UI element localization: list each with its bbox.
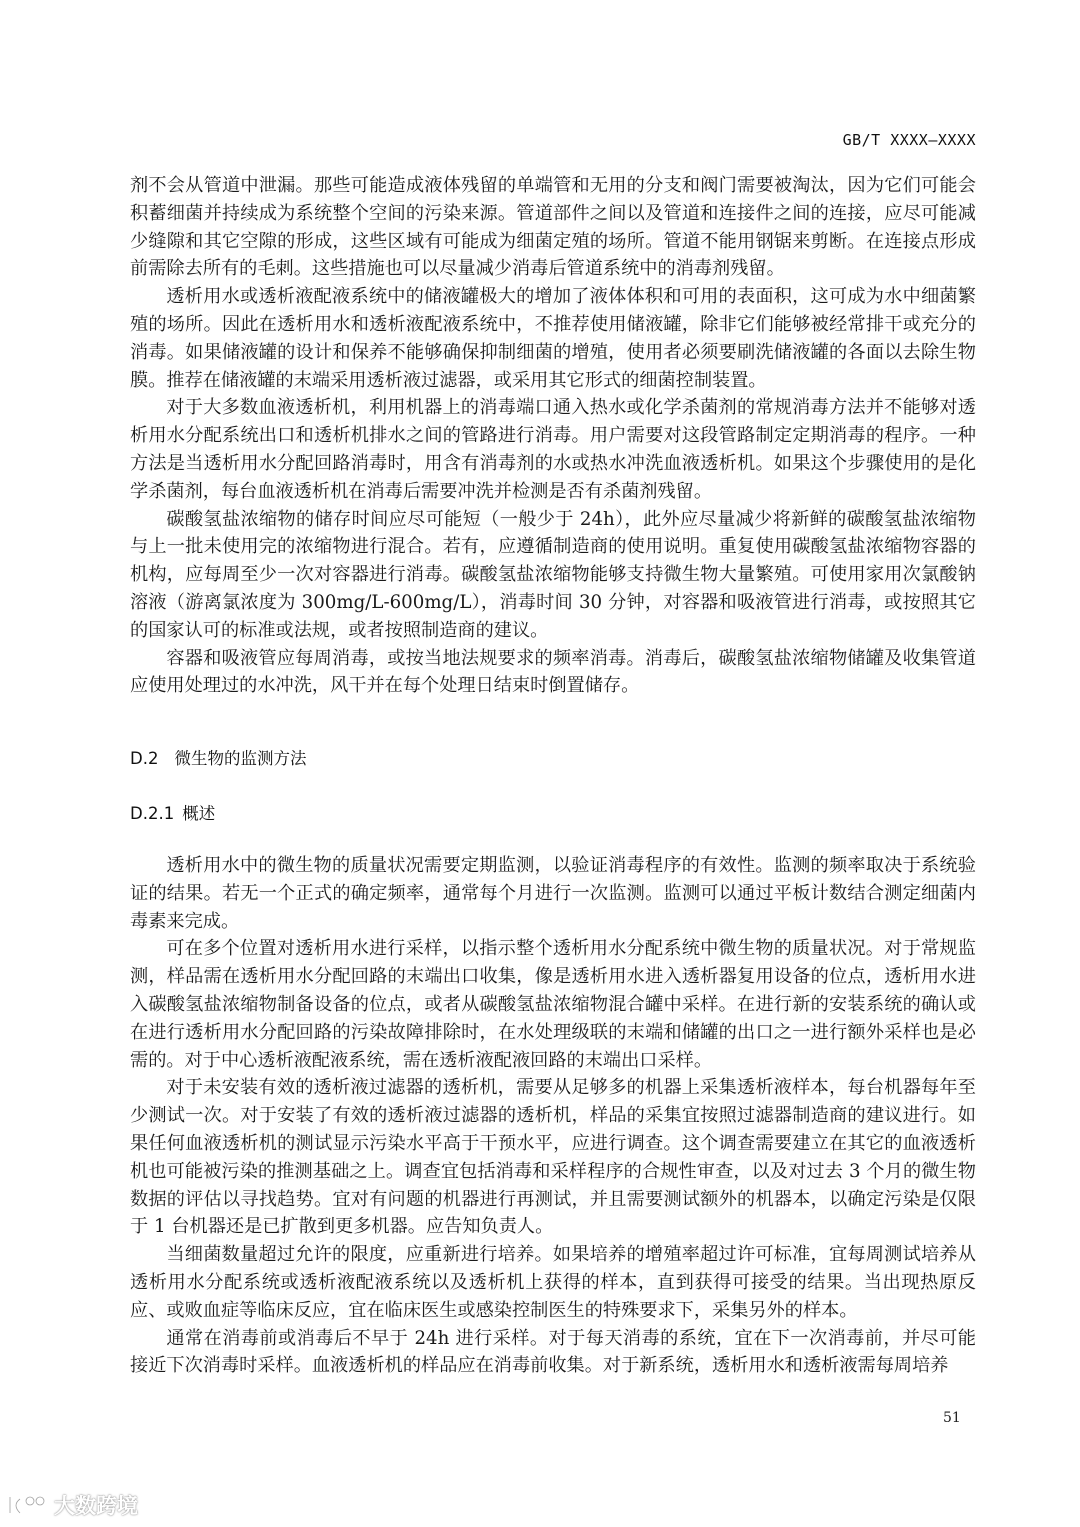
paragraph: 当细菌数量超过允许的限度，应重新进行培养。如果培养的增殖率超过许可标准，宜每周测… bbox=[130, 1241, 976, 1324]
section-heading-d2: D.2微生物的监测方法 bbox=[130, 745, 306, 769]
paragraph: 剂不会从管道中泄漏。那些可能造成液体残留的单端管和无用的分支和阀门需要被淘汰，因… bbox=[130, 172, 976, 283]
paragraph: 容器和吸液管应每周消毒，或按当地法规要求的频率消毒。消毒后，碳酸氢盐浓缩物储罐及… bbox=[130, 645, 976, 701]
paragraph: 通常在消毒前或消毒后不早于 24h 进行采样。对于每天消毒的系统，宜在下一次消毒… bbox=[130, 1325, 976, 1381]
section-number: D.2 bbox=[130, 749, 158, 768]
section-heading-d2-1: D.2.1概述 bbox=[130, 800, 215, 824]
watermark-text: 大数跨境 bbox=[54, 1490, 138, 1520]
section-title: 概述 bbox=[182, 804, 215, 823]
paragraph: 对于未安装有效的透析液过滤器的透析机，需要从足够多的机器上采集透析液样本，每台机… bbox=[130, 1074, 976, 1241]
section-number: D.2.1 bbox=[130, 804, 174, 823]
paragraph: 对于大多数血液透析机，利用机器上的消毒端口通入热水或化学杀菌剂的常规消毒方法并不… bbox=[130, 394, 976, 505]
standard-code-header: GB/T XXXX—XXXX bbox=[843, 131, 976, 149]
paragraph: 可在多个位置对透析用水进行采样，以指示整个透析用水分配系统中微生物的质量状况。对… bbox=[130, 935, 976, 1074]
watermark: 大数跨境 bbox=[6, 1490, 138, 1520]
paragraph: 碳酸氢盐浓缩物的储存时间应尽可能短（一般少于 24h），此外应尽量减少将新鲜的碳… bbox=[130, 506, 976, 645]
k100-logo-icon bbox=[6, 1493, 48, 1517]
paragraph: 透析用水或透析液配液系统中的储液罐极大的增加了液体体积和可用的表面积，这可成为水… bbox=[130, 283, 976, 394]
body-text-block-2: 透析用水中的微生物的质量状况需要定期监测，以验证消毒程序的有效性。监测的频率取决… bbox=[130, 852, 976, 1380]
paragraph: 透析用水中的微生物的质量状况需要定期监测，以验证消毒程序的有效性。监测的频率取决… bbox=[130, 852, 976, 935]
page-number: 51 bbox=[943, 1410, 961, 1426]
section-title: 微生物的监测方法 bbox=[174, 749, 306, 768]
body-text-block-1: 剂不会从管道中泄漏。那些可能造成液体残留的单端管和无用的分支和阀门需要被淘汰，因… bbox=[130, 172, 976, 700]
